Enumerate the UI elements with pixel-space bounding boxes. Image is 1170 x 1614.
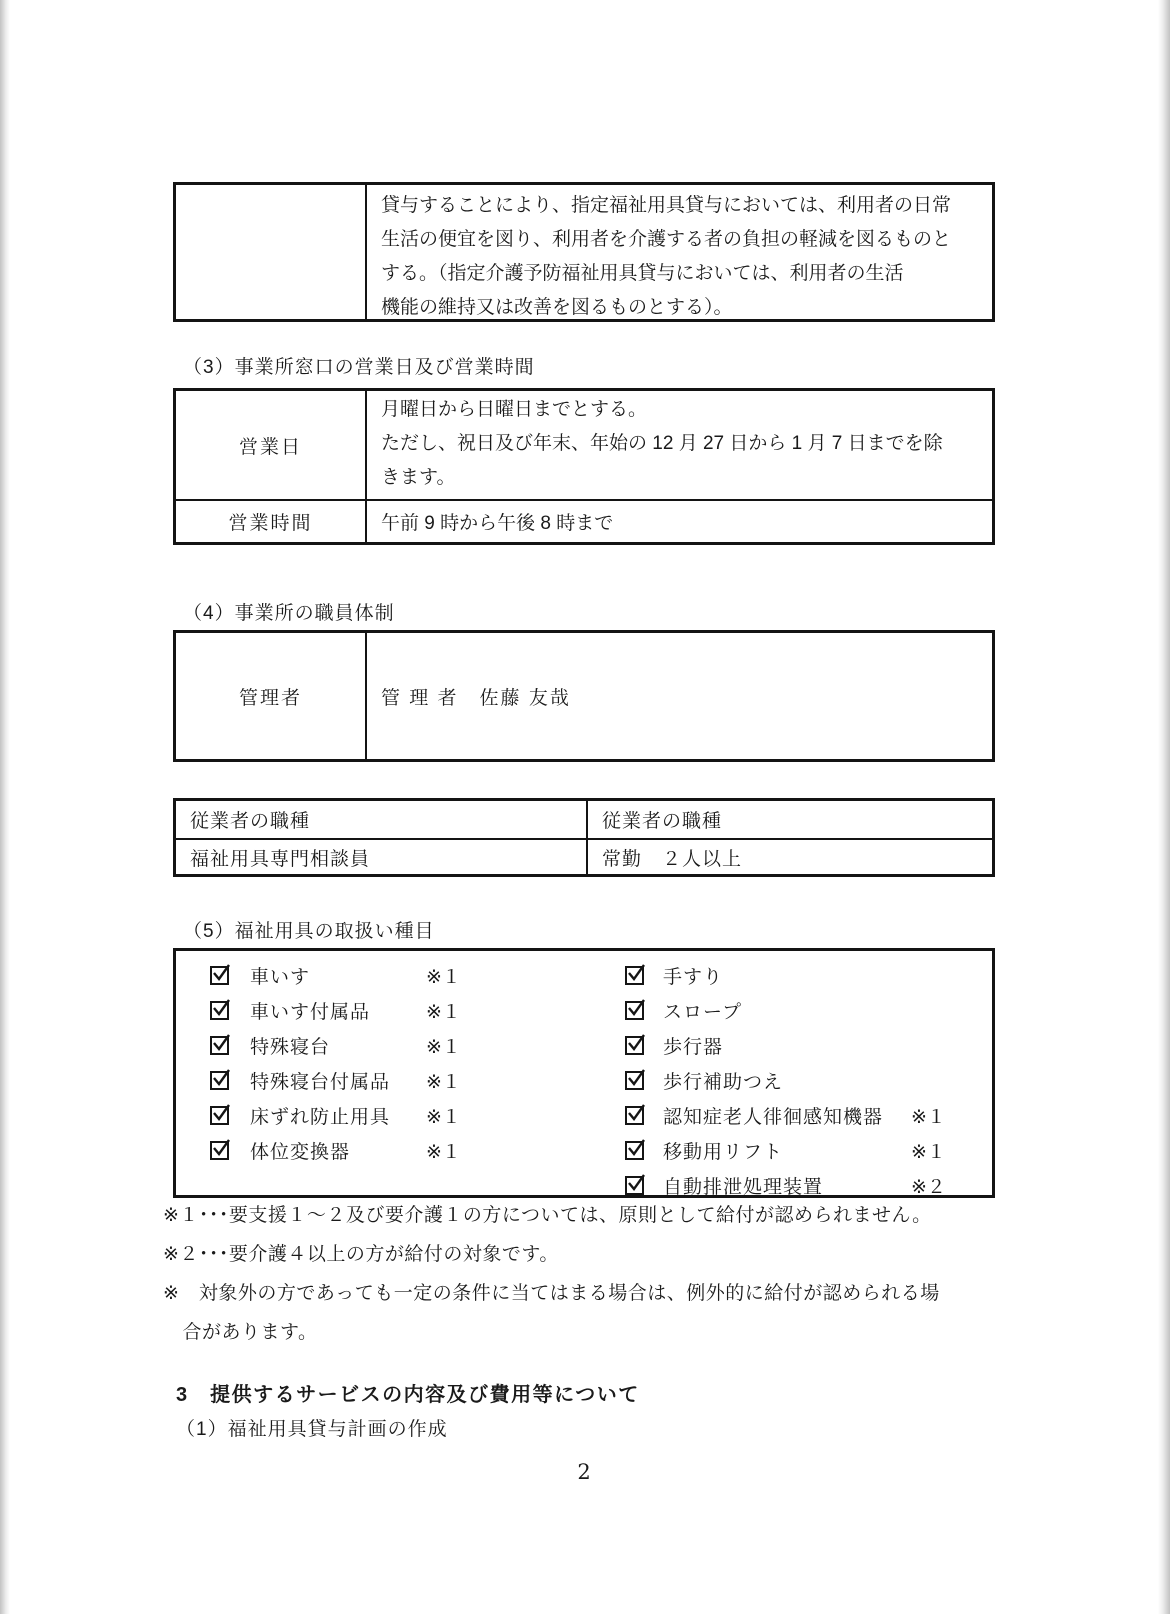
- page-edge-left-shadow: [0, 0, 10, 1614]
- footnotes: ※１･･･要支援１～２及び要介護１の方については、原則として給付が認められません…: [163, 1196, 1013, 1352]
- business-days-label: 営業日: [176, 391, 367, 499]
- business-hours-row: 営業時間 午前 9 時から午後 8 時まで: [176, 501, 992, 542]
- equipment-item-label: 車いす: [250, 962, 426, 989]
- business-hours-table: 営業日 月曜日から日曜日までとする。 ただし、祝日及び年末、年始の 12 月 2…: [173, 388, 995, 545]
- equipment-item: 手すり: [625, 958, 992, 993]
- job-type-value-row: 福祉用具専門相談員 常勤 ２人以上: [176, 840, 992, 874]
- checkbox-checked-icon[interactable]: [625, 1001, 644, 1020]
- purpose-table-text: 貸与することにより、指定福祉用具貸与においては、利用者の日常 生活の便宜を図り、…: [367, 185, 992, 319]
- checkbox-checked-icon[interactable]: [625, 966, 644, 985]
- equipment-table: 車いす ※１ 車いす付属品 ※１ 特殊寝台 ※１ 特殊寝台付属品 ※１ 床ずれ防…: [173, 948, 995, 1198]
- equipment-item-label: 特殊寝台: [250, 1032, 426, 1059]
- equipment-item-label: 床ずれ防止用具: [250, 1102, 426, 1129]
- checkbox-checked-icon[interactable]: [210, 1141, 229, 1160]
- equipment-item-label: 特殊寝台付属品: [250, 1067, 426, 1094]
- equipment-item-label: 車いす付属品: [250, 997, 426, 1024]
- checkbox-checked-icon[interactable]: [210, 1036, 229, 1055]
- equipment-item-label: 歩行補助つえ: [663, 1067, 911, 1094]
- job-type-header-row: 従業者の職種 従業者の職種: [176, 801, 992, 840]
- checkbox-checked-icon[interactable]: [625, 1071, 644, 1090]
- equipment-item-note: ※１: [426, 997, 461, 1024]
- equipment-item-note: ※２: [911, 1172, 946, 1199]
- equipment-item-note: ※１: [911, 1102, 946, 1129]
- checkbox-checked-icon[interactable]: [210, 1001, 229, 1020]
- section-3-heading: （3）事業所窓口の営業日及び営業時間: [183, 352, 535, 379]
- equipment-item-label: 手すり: [663, 962, 911, 989]
- equipment-item-note: ※１: [911, 1137, 946, 1164]
- equipment-item-note: ※１: [426, 1137, 461, 1164]
- manager-value: 管 理 者 佐藤 友哉: [367, 633, 992, 759]
- checkbox-checked-icon[interactable]: [210, 966, 229, 985]
- checkbox-checked-icon[interactable]: [625, 1036, 644, 1055]
- equipment-item: 移動用リフト ※１: [625, 1133, 992, 1168]
- purpose-table: 貸与することにより、指定福祉用具貸与においては、利用者の日常 生活の便宜を図り、…: [173, 182, 995, 322]
- equipment-item-label: スロープ: [663, 997, 911, 1024]
- checkbox-checked-icon[interactable]: [210, 1106, 229, 1125]
- services-section-heading: 3 提供するサービスの内容及び費用等について: [176, 1378, 640, 1407]
- equipment-item: 床ずれ防止用具 ※１: [210, 1098, 625, 1133]
- equipment-item: 歩行器: [625, 1028, 992, 1063]
- checkbox-checked-icon[interactable]: [625, 1176, 644, 1195]
- section-5-heading: （5）福祉用具の取扱い種目: [183, 916, 435, 943]
- business-days-value: 月曜日から日曜日までとする。 ただし、祝日及び年末、年始の 12 月 27 日か…: [367, 391, 992, 499]
- equipment-item-note: ※１: [426, 1032, 461, 1059]
- equipment-item: 認知症老人徘徊感知機器 ※１: [625, 1098, 992, 1133]
- equipment-column-right: 手すり スロープ 歩行器 歩行補助つえ 認知症老人徘徊感知機器: [625, 958, 992, 1195]
- document-page: 貸与することにより、指定福祉用具貸与においては、利用者の日常 生活の便宜を図り、…: [0, 0, 1170, 1614]
- page-edge-right-shadow: [1158, 0, 1170, 1614]
- footnote-1: ※１･･･要支援１～２及び要介護１の方については、原則として給付が認められません…: [163, 1196, 1013, 1235]
- page-number: 2: [173, 1460, 995, 1484]
- business-days-row: 営業日 月曜日から日曜日までとする。 ただし、祝日及び年末、年始の 12 月 2…: [176, 391, 992, 501]
- equipment-item: スロープ: [625, 993, 992, 1028]
- business-hours-label: 営業時間: [176, 501, 367, 542]
- equipment-item: 車いす付属品 ※１: [210, 993, 625, 1028]
- staff-table: 管理者 管 理 者 佐藤 友哉: [173, 630, 995, 762]
- job-type-value-right: 常勤 ２人以上: [588, 840, 992, 874]
- manager-label: 管理者: [176, 633, 367, 759]
- equipment-item: 歩行補助つえ: [625, 1063, 992, 1098]
- job-type-header-right: 従業者の職種: [588, 801, 992, 838]
- job-type-value-left: 福祉用具専門相談員: [176, 840, 588, 874]
- equipment-item: 特殊寝台 ※１: [210, 1028, 625, 1063]
- checkbox-checked-icon[interactable]: [210, 1071, 229, 1090]
- equipment-item: 車いす ※１: [210, 958, 625, 993]
- equipment-item-label: 認知症老人徘徊感知機器: [663, 1102, 911, 1129]
- purpose-table-empty-label-cell: [176, 185, 367, 319]
- equipment-item-label: 歩行器: [663, 1032, 911, 1059]
- equipment-item-label: 体位変換器: [250, 1137, 426, 1164]
- services-sub-heading: （1）福祉用具貸与計画の作成: [176, 1414, 448, 1441]
- equipment-item: 体位変換器 ※１: [210, 1133, 625, 1168]
- equipment-item-label: 自動排泄処理装置: [663, 1172, 911, 1199]
- footnote-3: ※ 対象外の方であっても一定の条件に当てはまる場合は、例外的に給付が認められる場…: [163, 1274, 1013, 1352]
- equipment-item: 特殊寝台付属品 ※１: [210, 1063, 625, 1098]
- equipment-item-label: 移動用リフト: [663, 1137, 911, 1164]
- checkbox-checked-icon[interactable]: [625, 1141, 644, 1160]
- business-hours-value: 午前 9 時から午後 8 時まで: [367, 501, 992, 542]
- job-type-table: 従業者の職種 従業者の職種 福祉用具専門相談員 常勤 ２人以上: [173, 798, 995, 877]
- equipment-item-note: ※１: [426, 1102, 461, 1129]
- equipment-item-note: ※１: [426, 1067, 461, 1094]
- job-type-header-left: 従業者の職種: [176, 801, 588, 838]
- equipment-item-note: ※１: [426, 962, 461, 989]
- checkbox-checked-icon[interactable]: [625, 1106, 644, 1125]
- equipment-column-left: 車いす ※１ 車いす付属品 ※１ 特殊寝台 ※１ 特殊寝台付属品 ※１ 床ずれ防…: [210, 958, 625, 1195]
- footnote-2: ※２･･･要介護４以上の方が給付の対象です。: [163, 1235, 1013, 1274]
- section-4-heading: （4）事業所の職員体制: [183, 598, 395, 625]
